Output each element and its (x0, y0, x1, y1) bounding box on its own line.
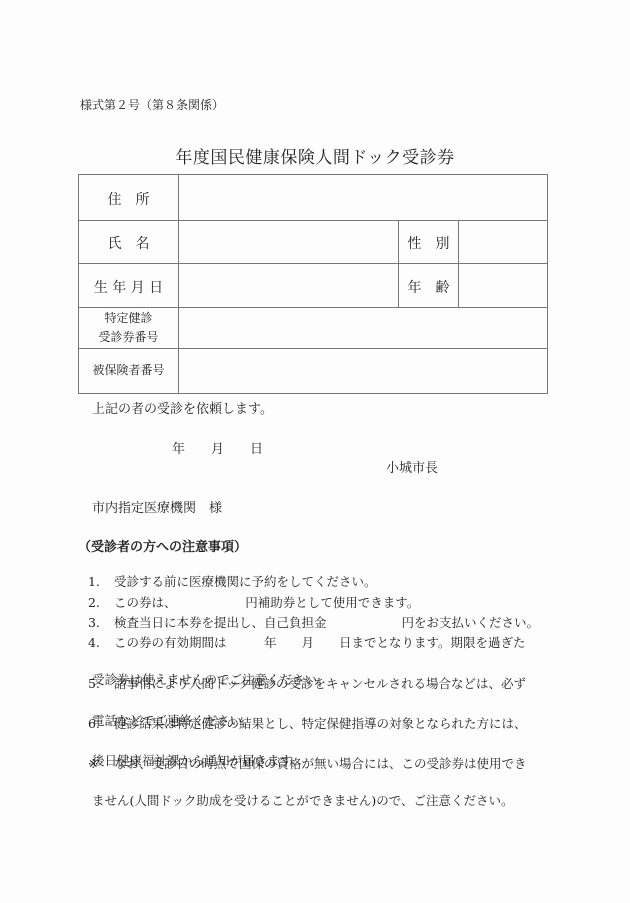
note-item-caution: ※なお、受診日の時点で国保の資格が無い場合には、この受診券は使用でき ません(人… (80, 739, 526, 824)
notes-heading: （受診者の方への注意事項） (78, 536, 247, 555)
insured-number-field[interactable] (179, 349, 547, 393)
address-field[interactable] (179, 175, 547, 220)
birthdate-label: 生 年 月 日 (79, 277, 178, 297)
birthdate-field[interactable] (179, 264, 398, 307)
reference-mark-icon: ※ (88, 756, 114, 771)
checkup-ticket-number-field[interactable] (179, 308, 547, 348)
applicant-info-table: 住 所 氏 名 性 別 生 年 月 日 年 齢 特定健診 受診券番号 被保険者番… (78, 174, 548, 394)
checkup-ticket-label-line2: 受診券番号 (79, 328, 178, 347)
document-title: 年度国民健康保険人間ドック受診券 (0, 143, 630, 168)
checkup-ticket-label: 特定健診 受診券番号 (79, 309, 178, 347)
note-number: 6. (88, 716, 114, 731)
request-text: 上記の者の受診を依頼します。 (92, 398, 273, 417)
addressee: 市内指定医療機関 様 (92, 497, 222, 516)
sex-label: 性 別 (399, 233, 458, 253)
note-text: 諸事情により人間ドック健診の受診をキャンセルされる場合などは、必ず (114, 676, 526, 691)
sex-field[interactable] (459, 221, 547, 263)
issue-date: 年 月 日 (172, 438, 263, 457)
issuer-name: 小城市長 (386, 457, 438, 476)
name-label: 氏 名 (79, 233, 178, 253)
checkup-ticket-label-line1: 特定健診 (79, 309, 178, 328)
note-text: この券の有効期間は 年 月 日までとなります。期限を過ぎた (114, 635, 526, 650)
age-label: 年 齢 (399, 277, 458, 297)
note-number: 4. (88, 635, 114, 650)
address-label: 住 所 (79, 189, 178, 209)
age-field[interactable] (459, 264, 547, 307)
note-text-continued: ません(人間ドック助成を受けることができません)ので、ご注意ください。 (92, 791, 526, 809)
insured-number-label: 被保険者番号 (79, 361, 178, 380)
note-text: なお、受診日の時点で国保の資格が無い場合には、この受診券は使用でき (114, 756, 527, 771)
note-text: 健診結果は特定健診の結果とし、特定保健指導の対象となられた方には、 (114, 716, 527, 731)
note-number: 5. (88, 676, 114, 691)
name-field[interactable] (179, 221, 398, 263)
form-number: 様式第２号（第８条関係） (80, 96, 224, 113)
